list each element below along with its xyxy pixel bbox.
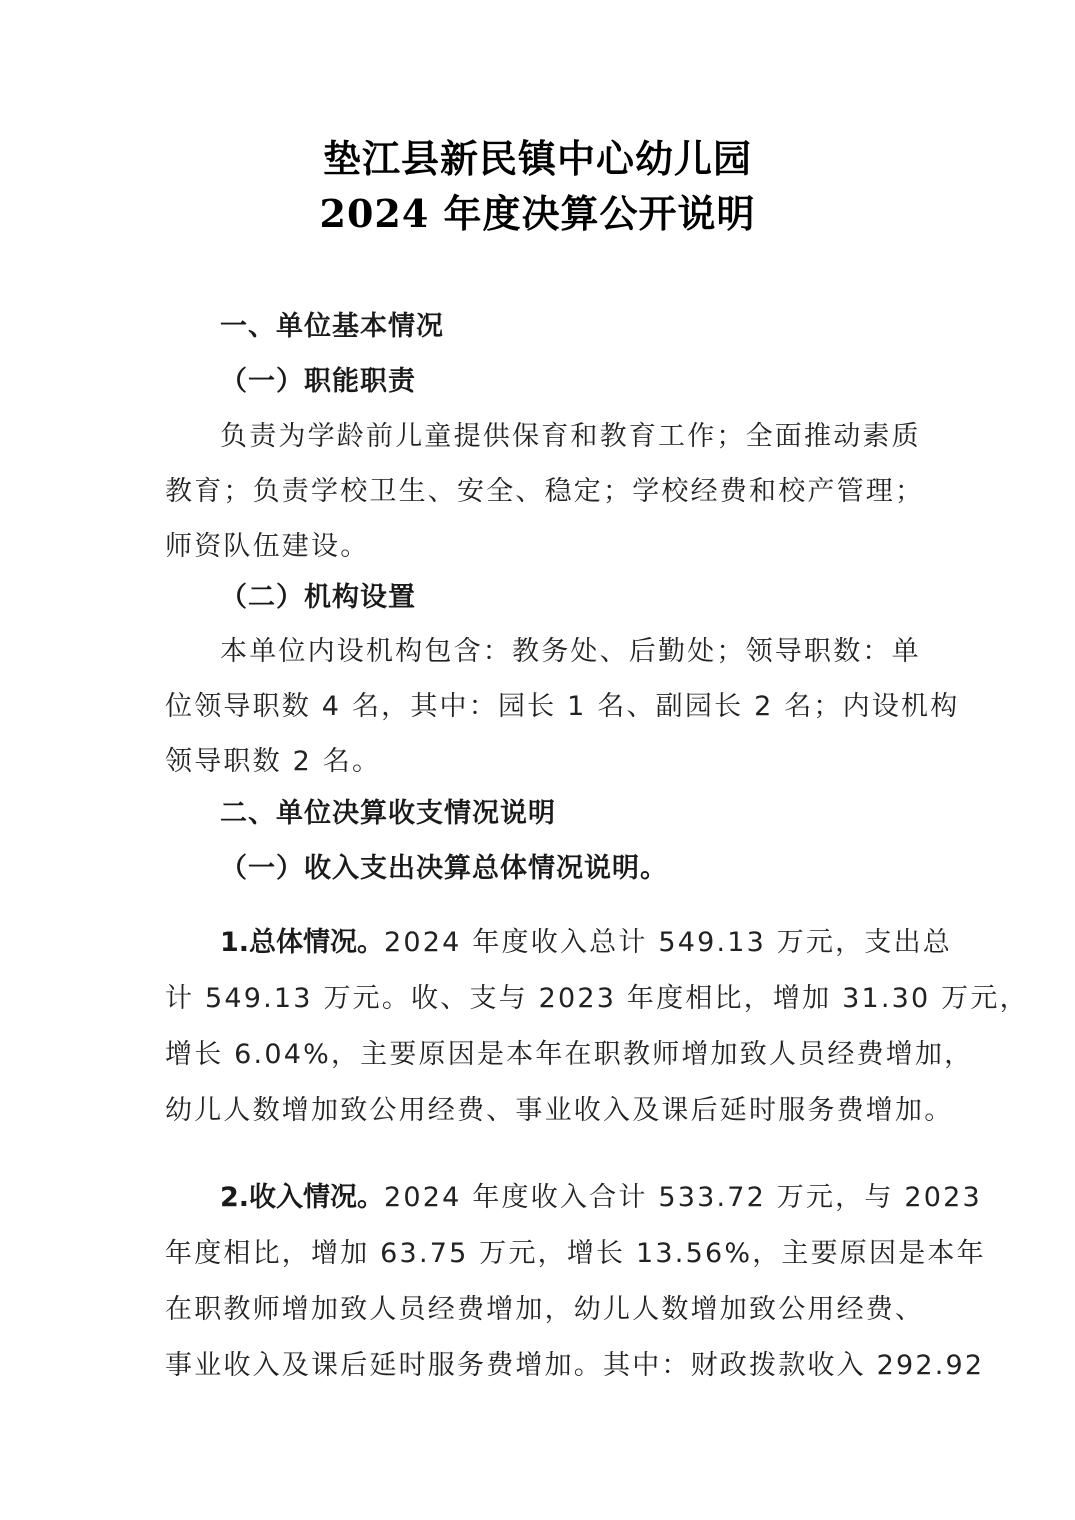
document-title-line-2: 2024 年度决算公开说明 — [0, 195, 1075, 233]
subsection-1-2-heading: （二）机构设置 — [220, 584, 980, 611]
paragraph-2-first-line: 2.收入情况。2024 年度收入合计 533.72 万元，与 2023 — [220, 1184, 980, 1211]
paragraph-line: 师资队伍建设。 — [165, 533, 925, 560]
paragraph-line: 增长 6.04%，主要原因是本年在职教师增加致人员经费增加， — [165, 1041, 925, 1068]
paragraph-2-first-rest: 2024 年度收入合计 533.72 万元，与 2023 — [384, 1182, 982, 1213]
paragraph-1-first-rest: 2024 年度收入总计 549.13 万元，支出总 — [384, 927, 952, 958]
paragraph-line: 教育；负责学校卫生、安全、稳定；学校经费和校产管理； — [165, 478, 925, 505]
section-1-heading: 一、单位基本情况 — [220, 313, 980, 340]
paragraph-line: 事业收入及课后延时服务费增加。其中：财政拨款收入 292.92 — [165, 1352, 925, 1379]
paragraph-line: 幼儿人数增加致公用经费、事业收入及课后延时服务费增加。 — [165, 1097, 925, 1124]
subsection-2-1-heading: （一）收入支出决算总体情况说明。 — [220, 855, 980, 882]
paragraph-line: 领导职数 2 名。 — [165, 748, 925, 775]
paragraph-1-first-line: 1.总体情况。2024 年度收入总计 549.13 万元，支出总 — [220, 929, 980, 956]
paragraph-line: 计 549.13 万元。收、支与 2023 年度相比，增加 31.30 万元， — [165, 985, 925, 1012]
paragraph-line: 年度相比，增加 63.75 万元，增长 13.56%，主要原因是本年 — [165, 1240, 925, 1267]
document-page: 垫江县新民镇中心幼儿园 2024 年度决算公开说明 一、单位基本情况 （一）职能… — [0, 0, 1075, 1520]
paragraph-line: 位领导职数 4 名，其中：园长 1 名、副园长 2 名；内设机构 — [165, 693, 925, 720]
document-title-line-1: 垫江县新民镇中心幼儿园 — [0, 140, 1075, 178]
paragraph-line: 在职教师增加致人员经费增加，幼儿人数增加致公用经费、 — [165, 1296, 925, 1323]
section-2-heading: 二、单位决算收支情况说明 — [220, 800, 980, 827]
paragraph-1-lead: 1.总体情况。 — [220, 927, 384, 958]
paragraph-2-lead: 2.收入情况。 — [220, 1182, 384, 1213]
paragraph-line: 负责为学龄前儿童提供保育和教育工作；全面推动素质 — [220, 423, 980, 450]
subsection-1-1-heading: （一）职能职责 — [220, 368, 980, 395]
paragraph-line: 本单位内设机构包含：教务处、后勤处；领导职数：单 — [220, 638, 980, 665]
